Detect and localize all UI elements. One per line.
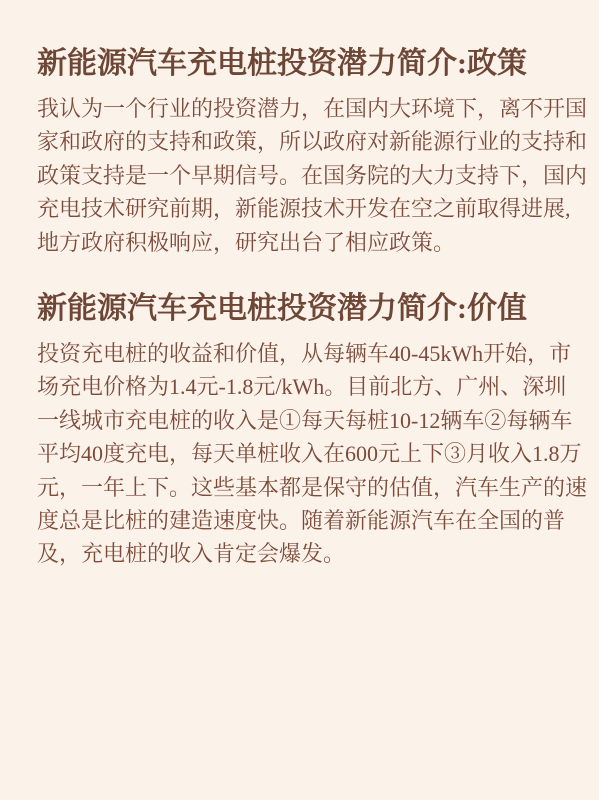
policy-section-body: 我认为一个行业的投资潜力，在国内大环境下，离不开国 家和政府的支持和政策，所以政…	[37, 92, 592, 259]
section-value: 新能源汽车充电桩投资潜力简介:价值 投资充电桩的收益和价值，从每辆车40-45k…	[37, 291, 592, 571]
value-section-body: 投资充电桩的收益和价值，从每辆车40-45kWh开始，市 场充电价格为1.4元-…	[37, 337, 592, 571]
article-card: 新能源汽车充电桩投资潜力简介:政策 我认为一个行业的投资潜力，在国内大环境下，离…	[0, 0, 599, 800]
policy-section-title: 新能源汽车充电桩投资潜力简介:政策	[37, 46, 592, 82]
section-policy: 新能源汽车充电桩投资潜力简介:政策 我认为一个行业的投资潜力，在国内大环境下，离…	[37, 46, 592, 259]
value-section-title: 新能源汽车充电桩投资潜力简介:价值	[37, 291, 592, 327]
